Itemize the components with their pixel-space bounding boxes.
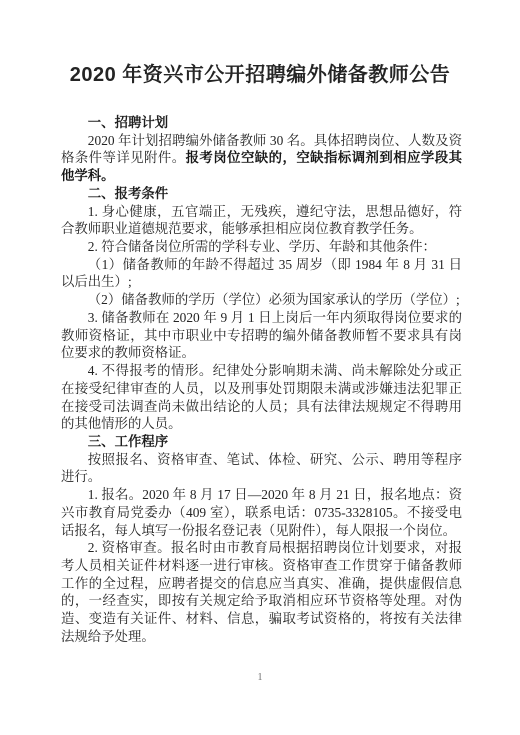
text-run: 按照报名、资格审查、笔试、体检、研究、公示、聘用等程序进行。 (61, 452, 462, 485)
text-run: （1）储备教师的年龄不得超过 35 周岁（即 1984 年 8 月 31 日以后… (61, 257, 462, 290)
text-run: 1. 报名。2020 年 8 月 17 日—2020 年 8 月 21 日，报名… (61, 487, 462, 537)
text-run: 1. 身心健康，五官端正，无残疾，遵纪守法，思想品德好，符合教师职业道德规范要求… (61, 204, 462, 237)
paragraph: 1. 身心健康，五官端正，无残疾，遵纪守法，思想品德好，符合教师职业道德规范要求… (61, 203, 462, 238)
paragraph: （2）储备教师的学历（学位）必须为国家承认的学历（学位）; (61, 291, 462, 309)
paragraph: 2020 年计划招聘编外储备教师 30 名。具体招聘岗位、人数及资格条件等详见附… (61, 132, 462, 185)
paragraph: 2. 资格审查。报名时由市教育局根据招聘岗位计划要求，对报考人员相关证件材料逐一… (61, 539, 462, 645)
document-body: 一、招聘计划2020 年计划招聘编外储备教师 30 名。具体招聘岗位、人数及资格… (61, 114, 462, 646)
document-page: 2020 年资兴市公开招聘编外储备教师公告 一、招聘计划2020 年计划招聘编外… (0, 0, 520, 735)
section-heading: 二、报考条件 (61, 185, 462, 203)
document-title: 2020 年资兴市公开招聘编外储备教师公告 (0, 62, 520, 88)
text-run: （2）储备教师的学历（学位）必须为国家承认的学历（学位）; (88, 292, 460, 307)
paragraph: 2. 符合储备岗位所需的学科专业、学历、年龄和其他条件： (61, 238, 462, 256)
paragraph: 1. 报名。2020 年 8 月 17 日—2020 年 8 月 21 日，报名… (61, 486, 462, 539)
text-run: 4. 不得报考的情形。纪律处分影响期未满、尚未解除处分或正在接受纪律审查的人员，… (61, 363, 462, 431)
text-run: 3. 储备教师在 2020 年 9 月 1 日上岗后一年内须取得岗位要求的教师资… (61, 310, 462, 360)
text-run: 2. 符合储备岗位所需的学科专业、学历、年龄和其他条件： (88, 239, 436, 254)
paragraph: （1）储备教师的年龄不得超过 35 周岁（即 1984 年 8 月 31 日以后… (61, 256, 462, 291)
text-run: 2. 资格审查。报名时由市教育局根据招聘岗位计划要求，对报考人员相关证件材料逐一… (61, 540, 462, 644)
page-number: 1 (0, 672, 520, 684)
paragraph: 按照报名、资格审查、笔试、体检、研究、公示、聘用等程序进行。 (61, 451, 462, 486)
section-heading: 三、工作程序 (61, 433, 462, 451)
paragraph: 3. 储备教师在 2020 年 9 月 1 日上岗后一年内须取得岗位要求的教师资… (61, 309, 462, 362)
section-heading: 一、招聘计划 (61, 114, 462, 132)
paragraph: 4. 不得报考的情形。纪律处分影响期未满、尚未解除处分或正在接受纪律审查的人员，… (61, 362, 462, 433)
